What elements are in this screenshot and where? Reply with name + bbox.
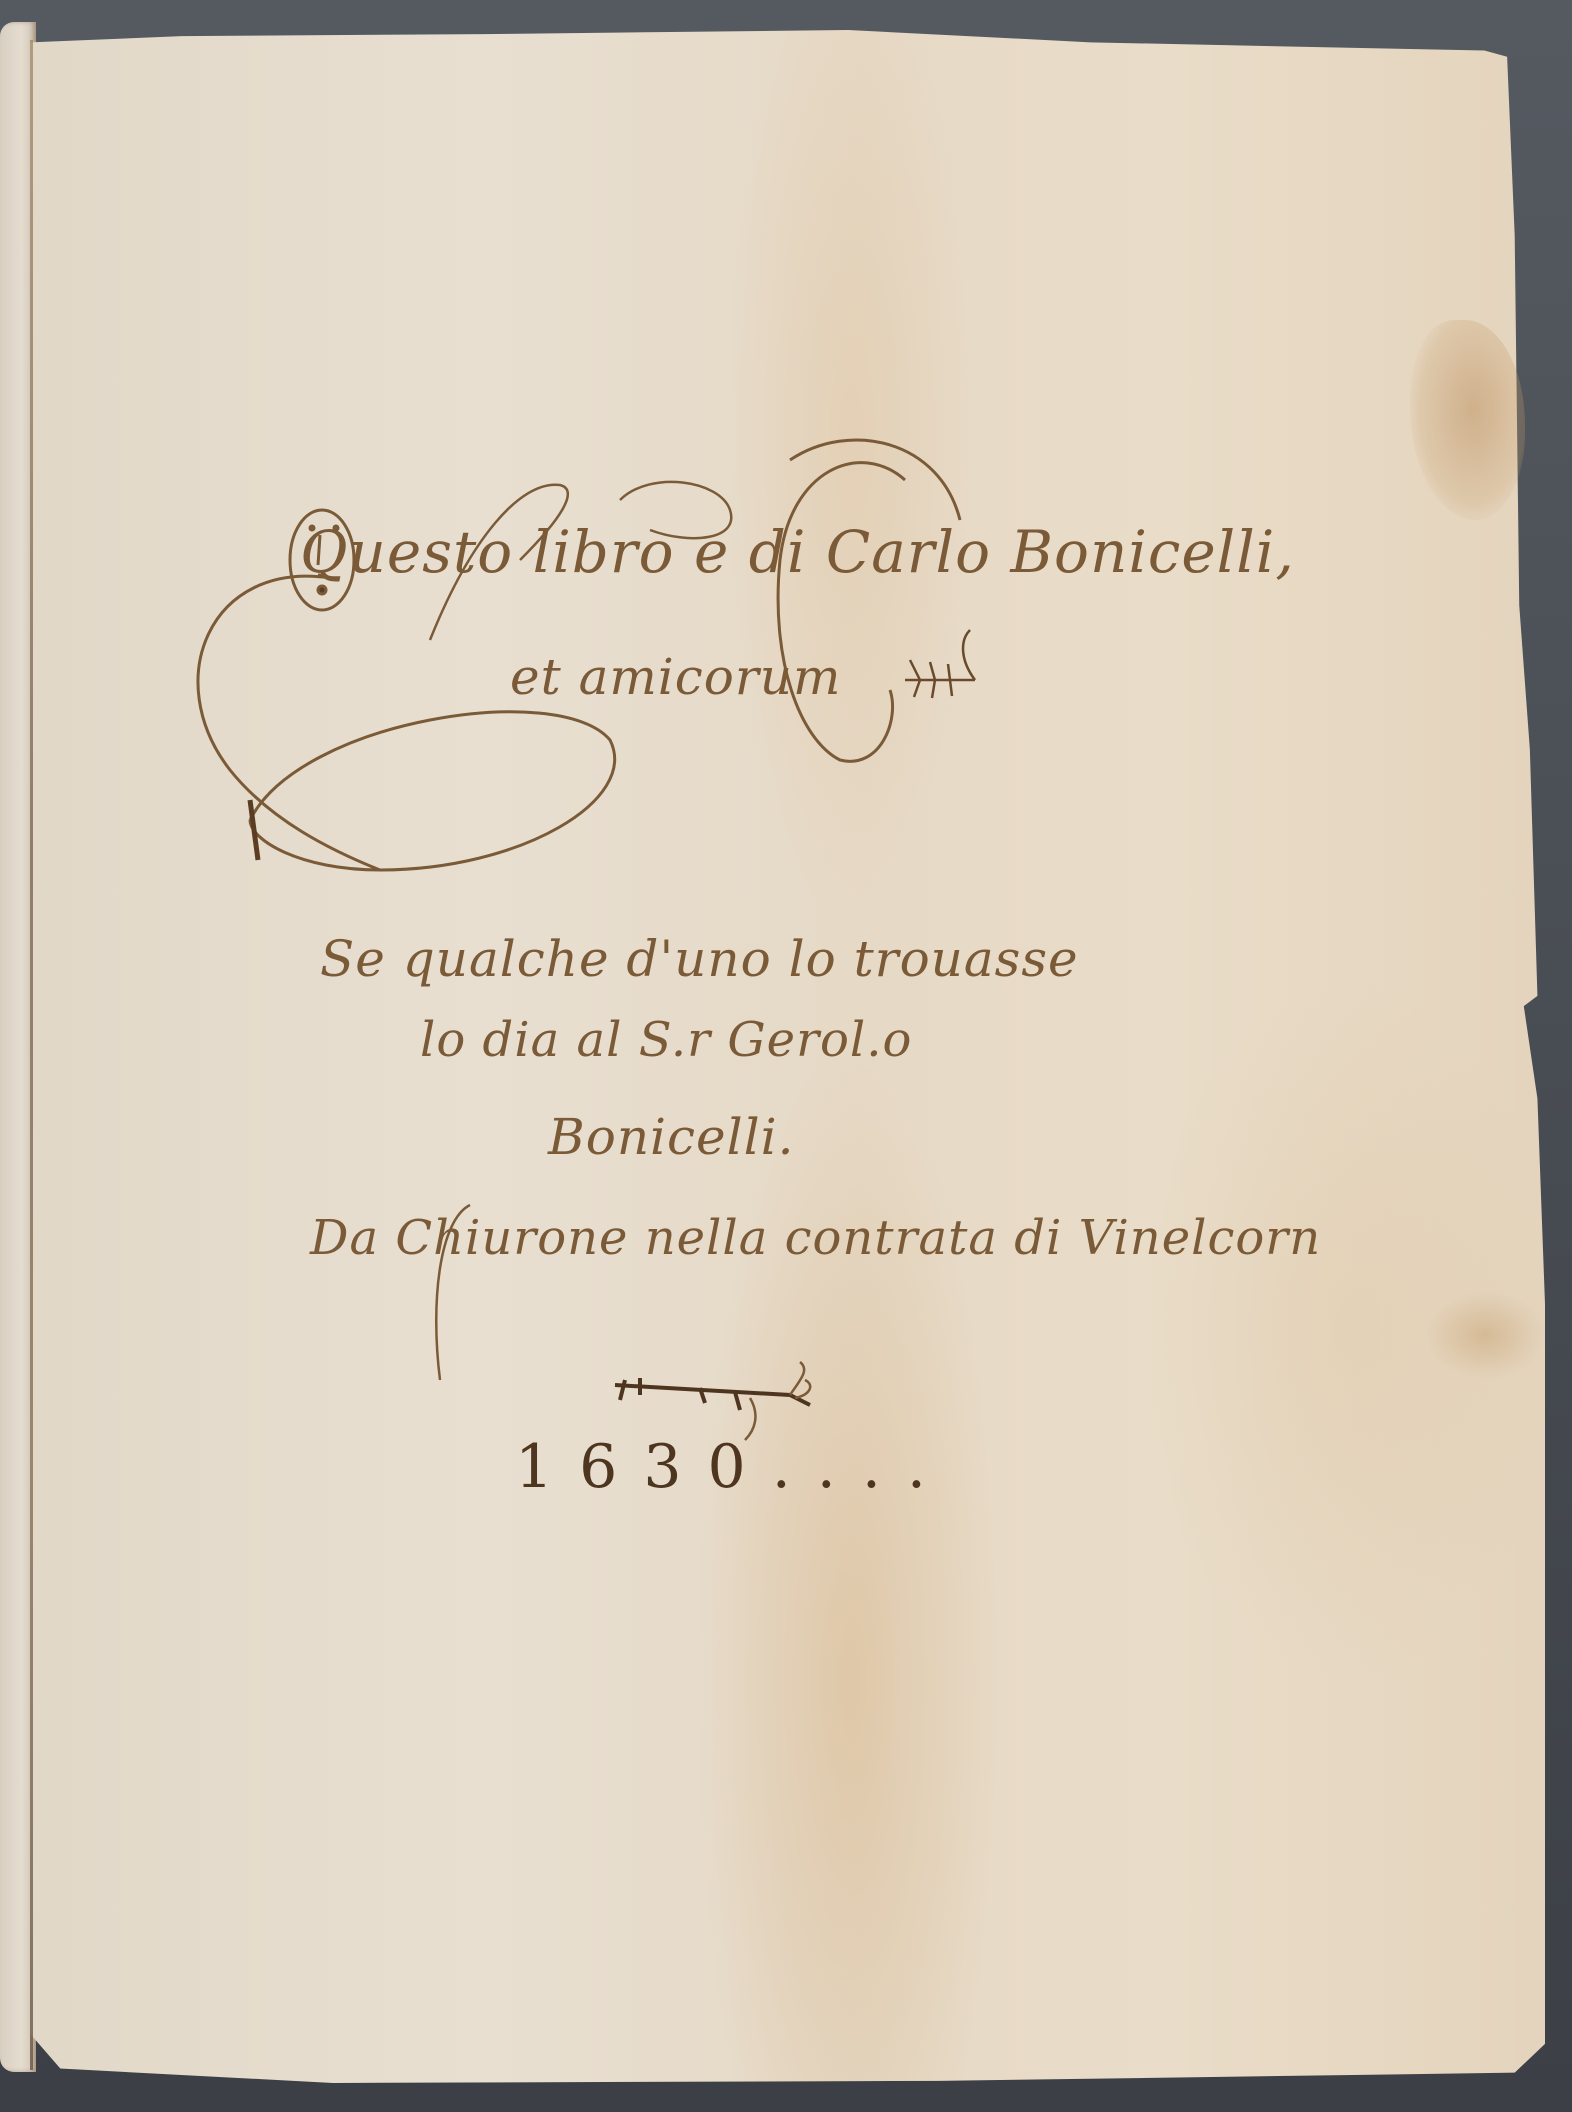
- return-request-line-3: Bonicelli.: [548, 1108, 795, 1166]
- gutter-fold: [30, 40, 33, 2070]
- return-request-line-1: Se qualche d'uno lo trouasse: [320, 930, 1079, 988]
- return-request-line-2: lo dia al S.r Gerol.o: [420, 1012, 912, 1068]
- date-line: 1630....: [515, 1432, 952, 1502]
- water-stain-mid-right: [1425, 1290, 1545, 1380]
- ownership-line-1: Questo libro e di Carlo Bonicelli,: [300, 518, 1295, 586]
- ownership-line-2: et amicorum: [510, 648, 841, 706]
- address-line: Da Chiurone nella contrata di Vinelcorn: [310, 1210, 1321, 1266]
